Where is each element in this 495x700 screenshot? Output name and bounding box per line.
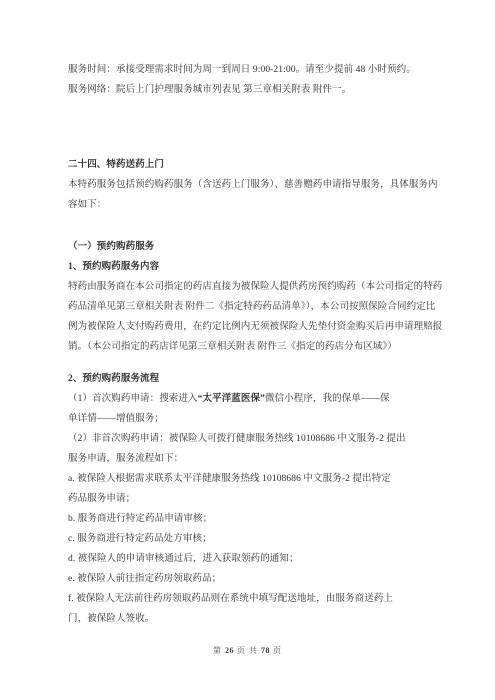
text-segment: d. 被保险人的申请审核通过后，进入获取领药的通知；: [68, 554, 299, 564]
text-segment: 服务申请，服务流程如下：: [68, 454, 183, 464]
text-segment: （1）首次购药申请：搜索进入: [68, 394, 198, 404]
text-line: 服务网络：院后上门护理服务城市列表见 第三章相关附表 附件一。: [68, 80, 457, 100]
text-segment: 销。（本公司指定的药店详见第三章相关附表 附件三《指定的药店分布区域》）: [68, 342, 397, 352]
text-line: e. 被保险人前往指定药房领取药品；: [68, 569, 457, 589]
text-segment: 1、预约购药服务内容: [68, 262, 159, 272]
document-body: 服务时间：承接受理需求时间为周一到周日 9:00-21:00。请至少提前 48 …: [68, 60, 457, 629]
text-line: 门，被保险人签收。: [68, 609, 457, 629]
text-segment: 微信小程序，我的保单——保: [265, 394, 390, 404]
text-segment: 容如下：: [68, 200, 106, 210]
text-line: 容如下：: [68, 195, 457, 215]
text-segment: 例为被保险人支付购药费用，在约定比例内无须被保险人先垫付资金购买后再申请理赔报: [68, 322, 442, 332]
document-page: 服务时间：承接受理需求时间为周一到周日 9:00-21:00。请至少提前 48 …: [0, 0, 495, 700]
text-line: 药品服务申请；: [68, 489, 457, 509]
text-segment: c. 服务商进行特定药品处方审核；: [68, 534, 212, 544]
text-line: 药品清单见第三章相关附表 附件二《指定特药药品清单》），本公司按照保险合同约定比: [68, 297, 457, 317]
text-segment: 单详情——增值服务；: [68, 414, 164, 424]
item-2-step-2: （2）非首次购药申请：被保险人可拨打健康服务热线 10108686 中文服务-2…: [68, 429, 457, 469]
text-segment: 特药由服务商在本公司指定的药店直接为被保险人提供药房预约购药（本公司指定的特药: [68, 282, 442, 292]
total-page-number: 78: [261, 646, 270, 655]
text-segment: a. 被保险人根据需求联系太平洋健康服务热线 10108686 中文服务-2 提…: [68, 474, 391, 484]
text-segment: 2、预约购药服务流程: [68, 374, 159, 384]
text-line: 二十四、特药送药上门: [68, 155, 457, 175]
text-line: （2）非首次购药申请：被保险人可拨打健康服务热线 10108686 中文服务-2…: [68, 429, 457, 449]
text-segment: （2）非首次购药申请：被保险人可拨打健康服务热线 10108686 中文服务-2…: [68, 434, 406, 444]
text-line: 特药由服务商在本公司指定的药店直接为被保险人提供药房预约购药（本公司指定的特药: [68, 277, 457, 297]
text-segment: 本特药服务包括预约购药服务（含送药上门服务）、慈善赠药申请指导服务，具体服务内: [68, 180, 438, 190]
text-line: 例为被保险人支付购药费用，在约定比例内无须被保险人先垫付资金购买后再申请理赔报: [68, 317, 457, 337]
text-segment: 药品服务申请；: [68, 494, 135, 504]
text-line: 1、预约购药服务内容: [68, 257, 457, 277]
text-line: c. 服务商进行特定药品处方审核；: [68, 529, 457, 549]
text-line: 2、预约购药服务流程: [68, 369, 457, 389]
text-line: b. 服务商进行特定药品申请审核；: [68, 509, 457, 529]
item-1-heading: 1、预约购药服务内容: [68, 257, 457, 277]
service-info-paragraph: 服务时间：承接受理需求时间为周一到周日 9:00-21:00。请至少提前 48 …: [68, 60, 457, 100]
text-line: f. 被保险人无法前往药房领取药品则在系统中填写配送地址，由服务商送药上: [68, 589, 457, 609]
text-line: d. 被保险人的申请审核通过后，进入获取领药的通知；: [68, 549, 457, 569]
subsection-1-heading: （一）预约购药服务: [68, 237, 457, 257]
text-segment: 门，被保险人签收。: [68, 614, 154, 624]
text-line: （1）首次购药申请：搜索进入“太平洋蓝医保”微信小程序，我的保单——保: [68, 389, 457, 409]
text-segment: 药品清单见第三章相关附表 附件二《指定特药药品清单》），本公司按照保险合同约定比: [68, 302, 435, 312]
item-2-step-1: （1）首次购药申请：搜索进入“太平洋蓝医保”微信小程序，我的保单——保单详情——…: [68, 389, 457, 429]
item-2-heading: 2、预约购药服务流程: [68, 369, 457, 389]
page-footer: 第 26 页 共 78 页: [0, 645, 495, 657]
emphasis-text: “太平洋蓝医保”: [198, 394, 265, 404]
text-line: 服务申请，服务流程如下：: [68, 449, 457, 469]
footer-label-prefix: 第: [213, 646, 222, 655]
item-1-body: 特药由服务商在本公司指定的药店直接为被保险人提供药房预约购药（本公司指定的特药药…: [68, 277, 457, 357]
text-line: （一）预约购药服务: [68, 237, 457, 257]
text-segment: b. 服务商进行特定药品申请审核；: [68, 514, 212, 524]
text-segment: 二十四、特药送药上门: [68, 160, 164, 170]
text-segment: 服务时间：承接受理需求时间为周一到周日 9:00-21:00。请至少提前 48 …: [68, 65, 416, 75]
footer-label-middle: 页 共: [237, 646, 258, 655]
text-line: 销。（本公司指定的药店详见第三章相关附表 附件三《指定的药店分布区域》）: [68, 337, 457, 357]
text-segment: （一）预约购药服务: [68, 242, 154, 252]
section-24-intro: 本特药服务包括预约购药服务（含送药上门服务）、慈善赠药申请指导服务，具体服务内容…: [68, 175, 457, 215]
text-segment: f. 被保险人无法前往药房领取药品则在系统中填写配送地址，由服务商送药上: [68, 594, 393, 604]
process-step-list: a. 被保险人根据需求联系太平洋健康服务热线 10108686 中文服务-2 提…: [68, 469, 457, 629]
footer-label-suffix: 页: [273, 646, 282, 655]
text-line: a. 被保险人根据需求联系太平洋健康服务热线 10108686 中文服务-2 提…: [68, 469, 457, 489]
text-line: 本特药服务包括预约购药服务（含送药上门服务）、慈善赠药申请指导服务，具体服务内: [68, 175, 457, 195]
text-segment: 服务网络：院后上门护理服务城市列表见 第三章相关附表 附件一。: [68, 85, 351, 95]
text-line: 服务时间：承接受理需求时间为周一到周日 9:00-21:00。请至少提前 48 …: [68, 60, 457, 80]
text-segment: e. 被保险人前往指定药房领取药品；: [68, 574, 221, 584]
text-line: 单详情——增值服务；: [68, 409, 457, 429]
current-page-number: 26: [225, 646, 234, 655]
section-24-heading: 二十四、特药送药上门: [68, 155, 457, 175]
